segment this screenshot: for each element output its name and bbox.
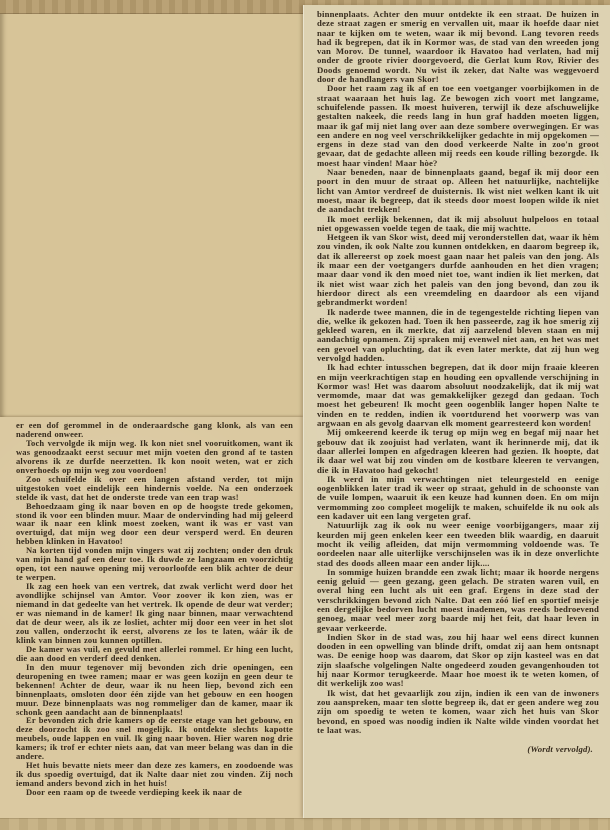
story-paragraph: Na korten tijd vonden mijn vingers wat z… — [16, 546, 293, 582]
right-story-clipping: binnenplaats. Achter den muur ontdekte i… — [303, 5, 610, 818]
continuation-note: (Wordt vervolgd). — [317, 745, 599, 754]
story-paragraph: Ik had echter intusschen begrepen, dat i… — [317, 363, 599, 428]
story-paragraph: Mij omkeerend keerde ik terug op mijn we… — [317, 428, 599, 474]
story-paragraph: Behoedzaam ging ik naar boven en op de h… — [16, 502, 293, 547]
story-paragraph: Ik zag een hoek van een vertrek, dat zwa… — [16, 582, 293, 645]
story-paragraph: er een dof gerommel in de onderaardsche … — [16, 421, 293, 439]
story-paragraph: Zoo schuifelde ik over een langen afstan… — [16, 475, 293, 502]
story-paragraph: Ik moet eerlijk bekennen, dat ik mij abs… — [317, 215, 599, 234]
story-paragraph: Het huis bevatte niets meer dan deze zes… — [16, 761, 293, 788]
story-paragraph: In den muur tegenover mij bevonden zich … — [16, 663, 293, 717]
story-paragraph: Door het raam zag ik af en toe een voetg… — [317, 84, 599, 168]
story-paragraph: Ik wist, dat het gevaarlijk zou zijn, in… — [317, 689, 599, 735]
story-paragraph: Ik werd in mijn verwachtingen niet teleu… — [317, 475, 599, 521]
story-paragraph: Er bevonden zich drie kamers op de eerst… — [16, 716, 293, 761]
story-paragraph: In sommige huizen brandde een zwak licht… — [317, 568, 599, 633]
story-paragraph: Natuurlijk zag ik ook nu weer eenige voo… — [317, 521, 599, 567]
story-paragraph: Hetgeen ik van Skor wist, deed mij veron… — [317, 233, 599, 307]
scrapbook-page: er een dof gerommel in de onderaardsche … — [0, 0, 610, 830]
story-paragraph: Toch vervolgde ik mijn weg. Ik kon niet … — [16, 439, 293, 475]
story-paragraph: De kamer was vuil, en gevuld met allerle… — [16, 645, 293, 663]
story-paragraph: Door een raam op de tweede verdieping ke… — [16, 788, 293, 797]
story-paragraph: Indien Skor in de stad was, zou hij haar… — [317, 633, 599, 689]
right-text-column: binnenplaats. Achter den muur ontdekte i… — [304, 5, 610, 754]
story-paragraph: binnenplaats. Achter den muur ontdekte i… — [317, 10, 599, 84]
story-paragraph: Naar beneden, naar de binnenplaats gaand… — [317, 168, 599, 214]
page-bottom-edge — [0, 818, 610, 830]
left-text-column: er een dof gerommel in de onderaardsche … — [0, 417, 303, 797]
story-paragraph: Ik naderde twee mannen, die in de tegeng… — [317, 308, 599, 364]
left-story-clipping: er een dof gerommel in de onderaardsche … — [0, 417, 303, 818]
